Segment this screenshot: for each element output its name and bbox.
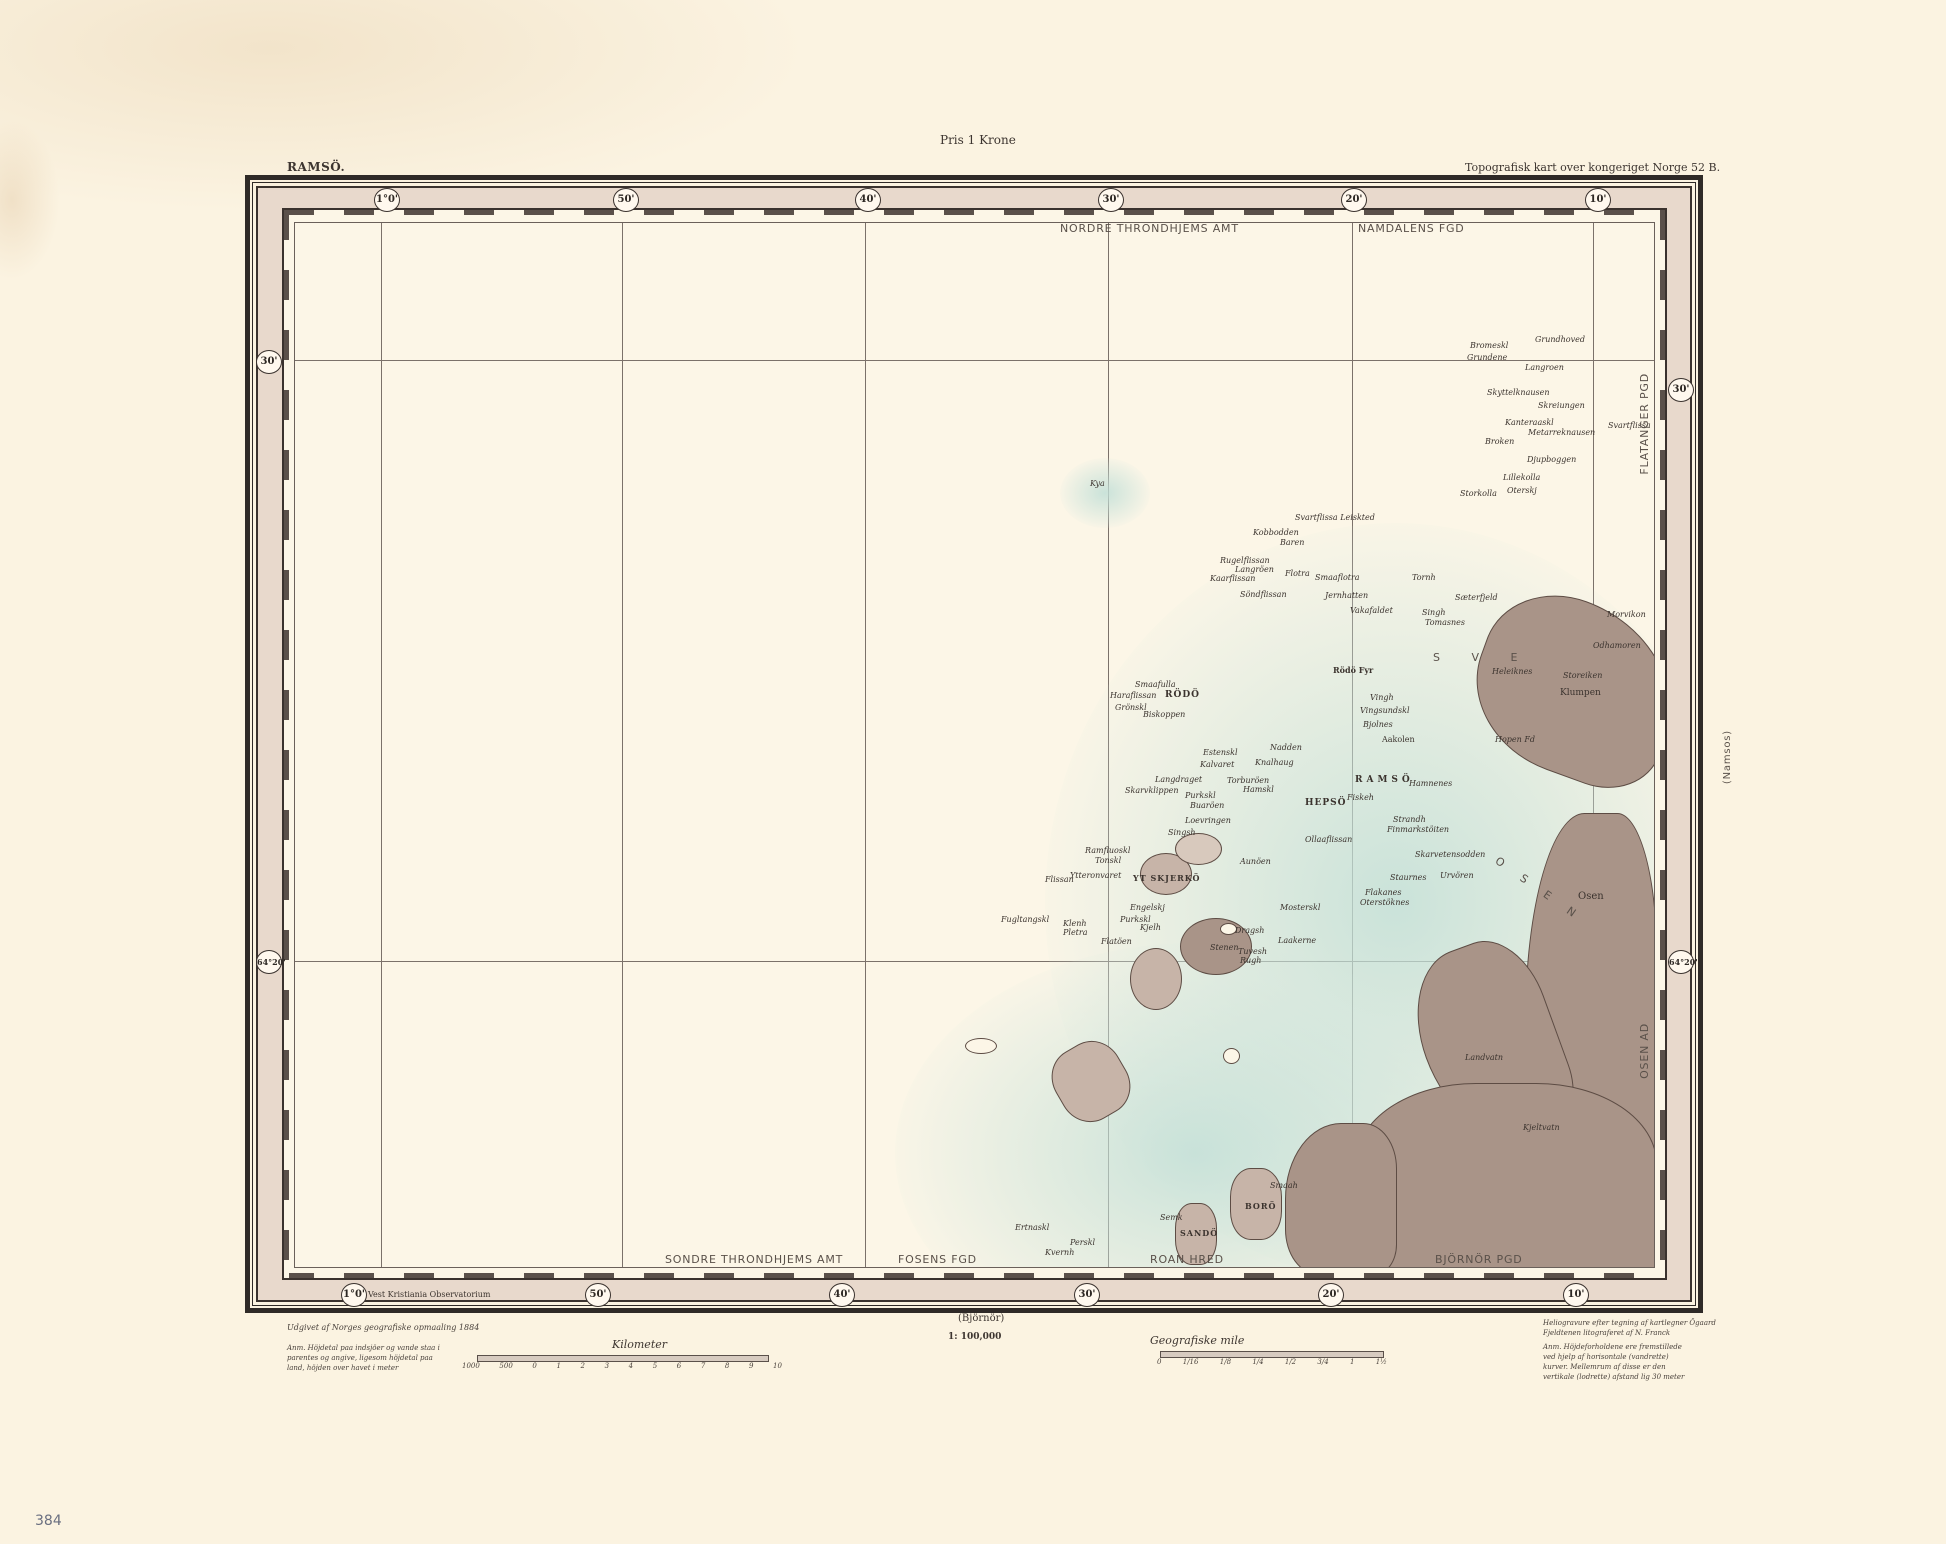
place-label: Kanteraaskl (1505, 418, 1554, 427)
island-flatoen (965, 1038, 997, 1054)
place-label: Singh (1422, 608, 1445, 617)
place-label: Pletra (1063, 928, 1087, 937)
district-label-bottom: FOSENS FGD (898, 1253, 977, 1266)
place-label: Langdraget (1155, 775, 1202, 784)
longitude-badge: 10' (1563, 1283, 1589, 1307)
scale-tick: 1 (556, 1362, 560, 1370)
island-name-label: RÖDÖ (1165, 690, 1200, 700)
place-label: Stenen (1210, 943, 1238, 952)
place-label: Metarreknausen (1528, 428, 1595, 437)
latitude-badge: 30' (256, 350, 282, 374)
place-label: Lillekolla (1503, 473, 1540, 482)
place-label: Purkskl (1185, 791, 1216, 800)
place-label: Smaaflotra (1315, 573, 1360, 582)
elevation-note-right: Anm. Höjdeforholdene ere fremstillede ve… (1543, 1342, 1693, 1382)
place-label: Flotra (1285, 569, 1310, 578)
place-label: Bromeskl (1470, 341, 1508, 350)
place-label: Kalvaret (1200, 760, 1234, 769)
place-label: Hamskl (1243, 785, 1274, 794)
credits-line: Fjeldtenen litograferet af N. Franck (1543, 1328, 1670, 1339)
map-scale-ratio: 1: 100,000 (948, 1332, 1001, 1342)
place-label: Storkolla (1460, 489, 1497, 498)
place-label: Kjelh (1140, 923, 1161, 932)
kilometer-scale-bar (477, 1355, 769, 1362)
meridian-line (865, 223, 866, 1267)
place-label: Laakerne (1278, 936, 1316, 945)
place-label: Sæterfjeld (1455, 593, 1498, 602)
longitude-badge: 1°0' (341, 1283, 367, 1307)
place-label: Skarvetensodden (1415, 850, 1485, 859)
district-label-osen: OSEN AD (1638, 1023, 1651, 1079)
island-name-label: SANDÖ (1180, 1228, 1218, 1238)
place-label: Oterstöknes (1360, 898, 1409, 907)
scale-tick: 1 (1350, 1358, 1354, 1366)
scale-tick: 2 (581, 1362, 585, 1370)
place-label: Strandh (1393, 815, 1426, 824)
mile-scale-title: Geografiske mile (1150, 1334, 1244, 1347)
island-aunoen (1223, 1048, 1240, 1064)
meridian-note: Vest Kristiania Observatorium (368, 1290, 490, 1299)
longitude-badge: 50' (613, 188, 639, 212)
place-label: Osen (1578, 891, 1604, 902)
kilometer-scale-ticks: 1000 500 0 1 2 3 4 5 6 7 8 9 10 (462, 1362, 782, 1370)
place-label: Semk (1160, 1213, 1183, 1222)
latitude-badge: 30' (1668, 378, 1694, 402)
scale-tick: 3/4 (1317, 1358, 1328, 1366)
scale-tick: 500 (499, 1362, 512, 1370)
place-label: Ytteronvaret (1070, 871, 1121, 880)
place-label: Baren (1280, 538, 1304, 547)
county-label-top: NORDRE THRONDHJEMS AMT (1060, 223, 1239, 235)
place-label: Skreiungen (1538, 401, 1585, 410)
district-label-top: NAMDALENS FGD (1358, 223, 1465, 235)
place-label: Skyttelknausen (1487, 388, 1549, 397)
place-label: Loevringen (1185, 816, 1231, 825)
place-label: Smaafulla (1135, 680, 1176, 689)
place-label: Ertnaskl (1015, 1223, 1049, 1232)
place-label: Langröen (1235, 565, 1274, 574)
sea-tint (1060, 458, 1150, 528)
place-label: Svartflissa Leiskted (1295, 513, 1375, 522)
place-label: Heleiknes (1492, 667, 1532, 676)
place-label: Biskoppen (1143, 710, 1185, 719)
top-minute-scale (284, 210, 1665, 215)
adjacent-sheet-label: (Namsos) (1722, 730, 1733, 784)
place-label: Skarvklippen (1125, 786, 1179, 795)
place-label: Flatöen (1101, 937, 1132, 946)
place-label: Kvernh (1045, 1248, 1074, 1257)
island-name-label: HEPSÖ (1305, 798, 1346, 808)
longitude-badge: 50' (585, 1283, 611, 1307)
price-label: Pris 1 Krone (940, 133, 1016, 147)
place-label: Hamnenes (1409, 779, 1452, 788)
place-label: Grundene (1467, 353, 1507, 362)
district-label-roan: ROAN HRED (1150, 1253, 1224, 1266)
series-title: Topografisk kart over kongeriget Norge 5… (1465, 161, 1720, 174)
place-label: Rugelflissan (1220, 556, 1270, 565)
land-mass-south (1355, 1083, 1654, 1267)
place-label: Buaröen (1190, 801, 1224, 810)
place-label: Hopen Fd (1495, 735, 1535, 744)
land-mass-bjornor (1285, 1123, 1397, 1267)
meridian-line (622, 223, 623, 1267)
place-label: Rugh (1240, 956, 1261, 965)
scale-tick: 1/8 (1220, 1358, 1231, 1366)
place-label: Aakolen (1382, 735, 1415, 744)
place-label: Kobbodden (1253, 528, 1299, 537)
bottom-minute-scale (284, 1273, 1665, 1278)
place-label: Grundhoved (1535, 335, 1585, 344)
place-label: Kaarflissan (1210, 574, 1255, 583)
place-label: Landvatn (1465, 1053, 1503, 1062)
latitude-badge: 64°20' (256, 950, 282, 974)
scale-tick: 8 (725, 1362, 729, 1370)
meridian-line (381, 223, 382, 1267)
scale-tick: 7 (701, 1362, 705, 1370)
place-label: Dragsh (1235, 926, 1264, 935)
place-label: Bjolnes (1363, 720, 1393, 729)
place-label: Smaah (1270, 1181, 1298, 1190)
place-label: Nadden (1270, 743, 1302, 752)
left-minute-scale (284, 210, 289, 1278)
island-rodo-fyr (1175, 833, 1222, 865)
place-label: Jernhatten (1325, 591, 1368, 600)
place-label: Perskl (1070, 1238, 1095, 1247)
place-label: Storeiken (1563, 671, 1602, 680)
longitude-badge: 10' (1585, 188, 1611, 212)
scale-tick: 5 (653, 1362, 657, 1370)
place-label: Flakanes (1365, 888, 1402, 897)
catalog-number: 384 (35, 1513, 62, 1529)
place-label: Tuvesh (1238, 947, 1267, 956)
place-label: Ollaaflissan (1305, 835, 1352, 844)
latitude-badge: 64°20' (1668, 950, 1694, 974)
place-label: Oterskj (1507, 486, 1537, 495)
adjacent-sheet-bottom: (Björnör) (958, 1313, 1004, 1324)
place-label: Engelskj (1130, 903, 1165, 912)
place-label: Estenskl (1203, 748, 1238, 757)
scale-tick: 1000 (462, 1362, 480, 1370)
scale-tick: 1/4 (1252, 1358, 1263, 1366)
place-label: Rödö Fyr (1333, 665, 1373, 675)
place-label: Vingsundskl (1360, 706, 1410, 715)
place-label: Kjeltvatn (1523, 1123, 1560, 1132)
county-label-bottom: SONDRE THRONDHJEMS AMT (665, 1253, 843, 1266)
scale-tick: 0 (532, 1362, 536, 1370)
island-name-label: BORÖ (1245, 1201, 1277, 1211)
place-label: Vakafaldet (1350, 606, 1393, 615)
place-label: Mosterskl (1280, 903, 1320, 912)
place-label: Broken (1485, 437, 1514, 446)
district-label-bjornor: BJÖRNÖR PGD (1435, 1253, 1523, 1266)
place-label: Singsh (1168, 828, 1196, 837)
elevation-note-left: Anm. Höjdetal paa indsjöer og vande staa… (287, 1343, 442, 1373)
place-label: Haraflissan (1110, 691, 1156, 700)
place-label: Fiskeh (1347, 793, 1374, 802)
longitude-badge: 20' (1318, 1283, 1344, 1307)
longitude-badge: 40' (829, 1283, 855, 1307)
place-label: Klenh (1063, 919, 1087, 928)
place-label: Staurnes (1390, 873, 1426, 882)
place-label: Ramfluoskl (1085, 846, 1130, 855)
island-name-label: YT SKJERKÖ (1133, 873, 1200, 883)
place-label: Flissan (1045, 875, 1074, 884)
place-label: Finmarkstöiten (1387, 825, 1449, 834)
scale-tick: 1/2 (1285, 1358, 1296, 1366)
longitude-badge: 30' (1074, 1283, 1100, 1307)
place-label: Djupboggen (1527, 455, 1576, 464)
place-label: Tomasnes (1425, 618, 1465, 627)
place-label: Klumpen (1560, 688, 1601, 698)
district-label-flatanger: FLATANGER PGD (1638, 373, 1651, 475)
place-label: Vingh (1370, 693, 1394, 702)
longitude-badge: 30' (1098, 188, 1124, 212)
place-label: Langroen (1525, 363, 1564, 372)
place-label: Grönskl (1115, 703, 1147, 712)
scale-tick: 0 (1157, 1358, 1161, 1366)
scale-tick: 9 (749, 1362, 753, 1370)
scale-tick: 6 (677, 1362, 681, 1370)
sea-label: S V E (1433, 651, 1531, 664)
place-label: Söndflissan (1240, 590, 1287, 599)
longitude-badge: 40' (855, 188, 881, 212)
longitude-badge: 20' (1341, 188, 1367, 212)
scale-tick: 3 (605, 1362, 609, 1370)
place-label: Odhamoren (1593, 641, 1641, 650)
place-label: Morvikon (1607, 610, 1646, 619)
sheet-name: RAMSÖ. (287, 160, 345, 174)
island-name-label: RAMSÖ (1355, 775, 1414, 785)
publisher-note: Udgivet af Norges geografiske opmaaling … (287, 1322, 479, 1333)
map-area[interactable]: Kya Bromeskl Grundhoved Grundene Langroe… (295, 223, 1654, 1267)
place-label: Fugltangskl (1001, 915, 1049, 924)
place-label: Tornh (1412, 573, 1436, 582)
right-minute-scale (1660, 210, 1665, 1278)
scale-tick: 1½ (1376, 1358, 1387, 1366)
place-label: Kya (1090, 479, 1105, 488)
scale-tick: 1/16 (1183, 1358, 1199, 1366)
place-label: Torburöen (1227, 776, 1269, 785)
place-label: Knalhaug (1255, 758, 1294, 767)
scale-tick: 10 (773, 1362, 782, 1370)
island-hepso (1130, 948, 1182, 1010)
place-label: Urvören (1440, 871, 1474, 880)
longitude-badge: 1°0' (374, 188, 400, 212)
place-label: Tonskl (1095, 856, 1121, 865)
parallel-line (295, 360, 1654, 361)
paper-stain (0, 120, 60, 280)
mile-scale-ticks: 0 1/16 1/8 1/4 1/2 3/4 1 1½ (1157, 1358, 1387, 1366)
scale-tick: 4 (629, 1362, 633, 1370)
kilometer-scale-title: Kilometer (612, 1338, 667, 1351)
place-label: Aunöen (1240, 857, 1271, 866)
mile-scale-bar (1160, 1351, 1384, 1358)
